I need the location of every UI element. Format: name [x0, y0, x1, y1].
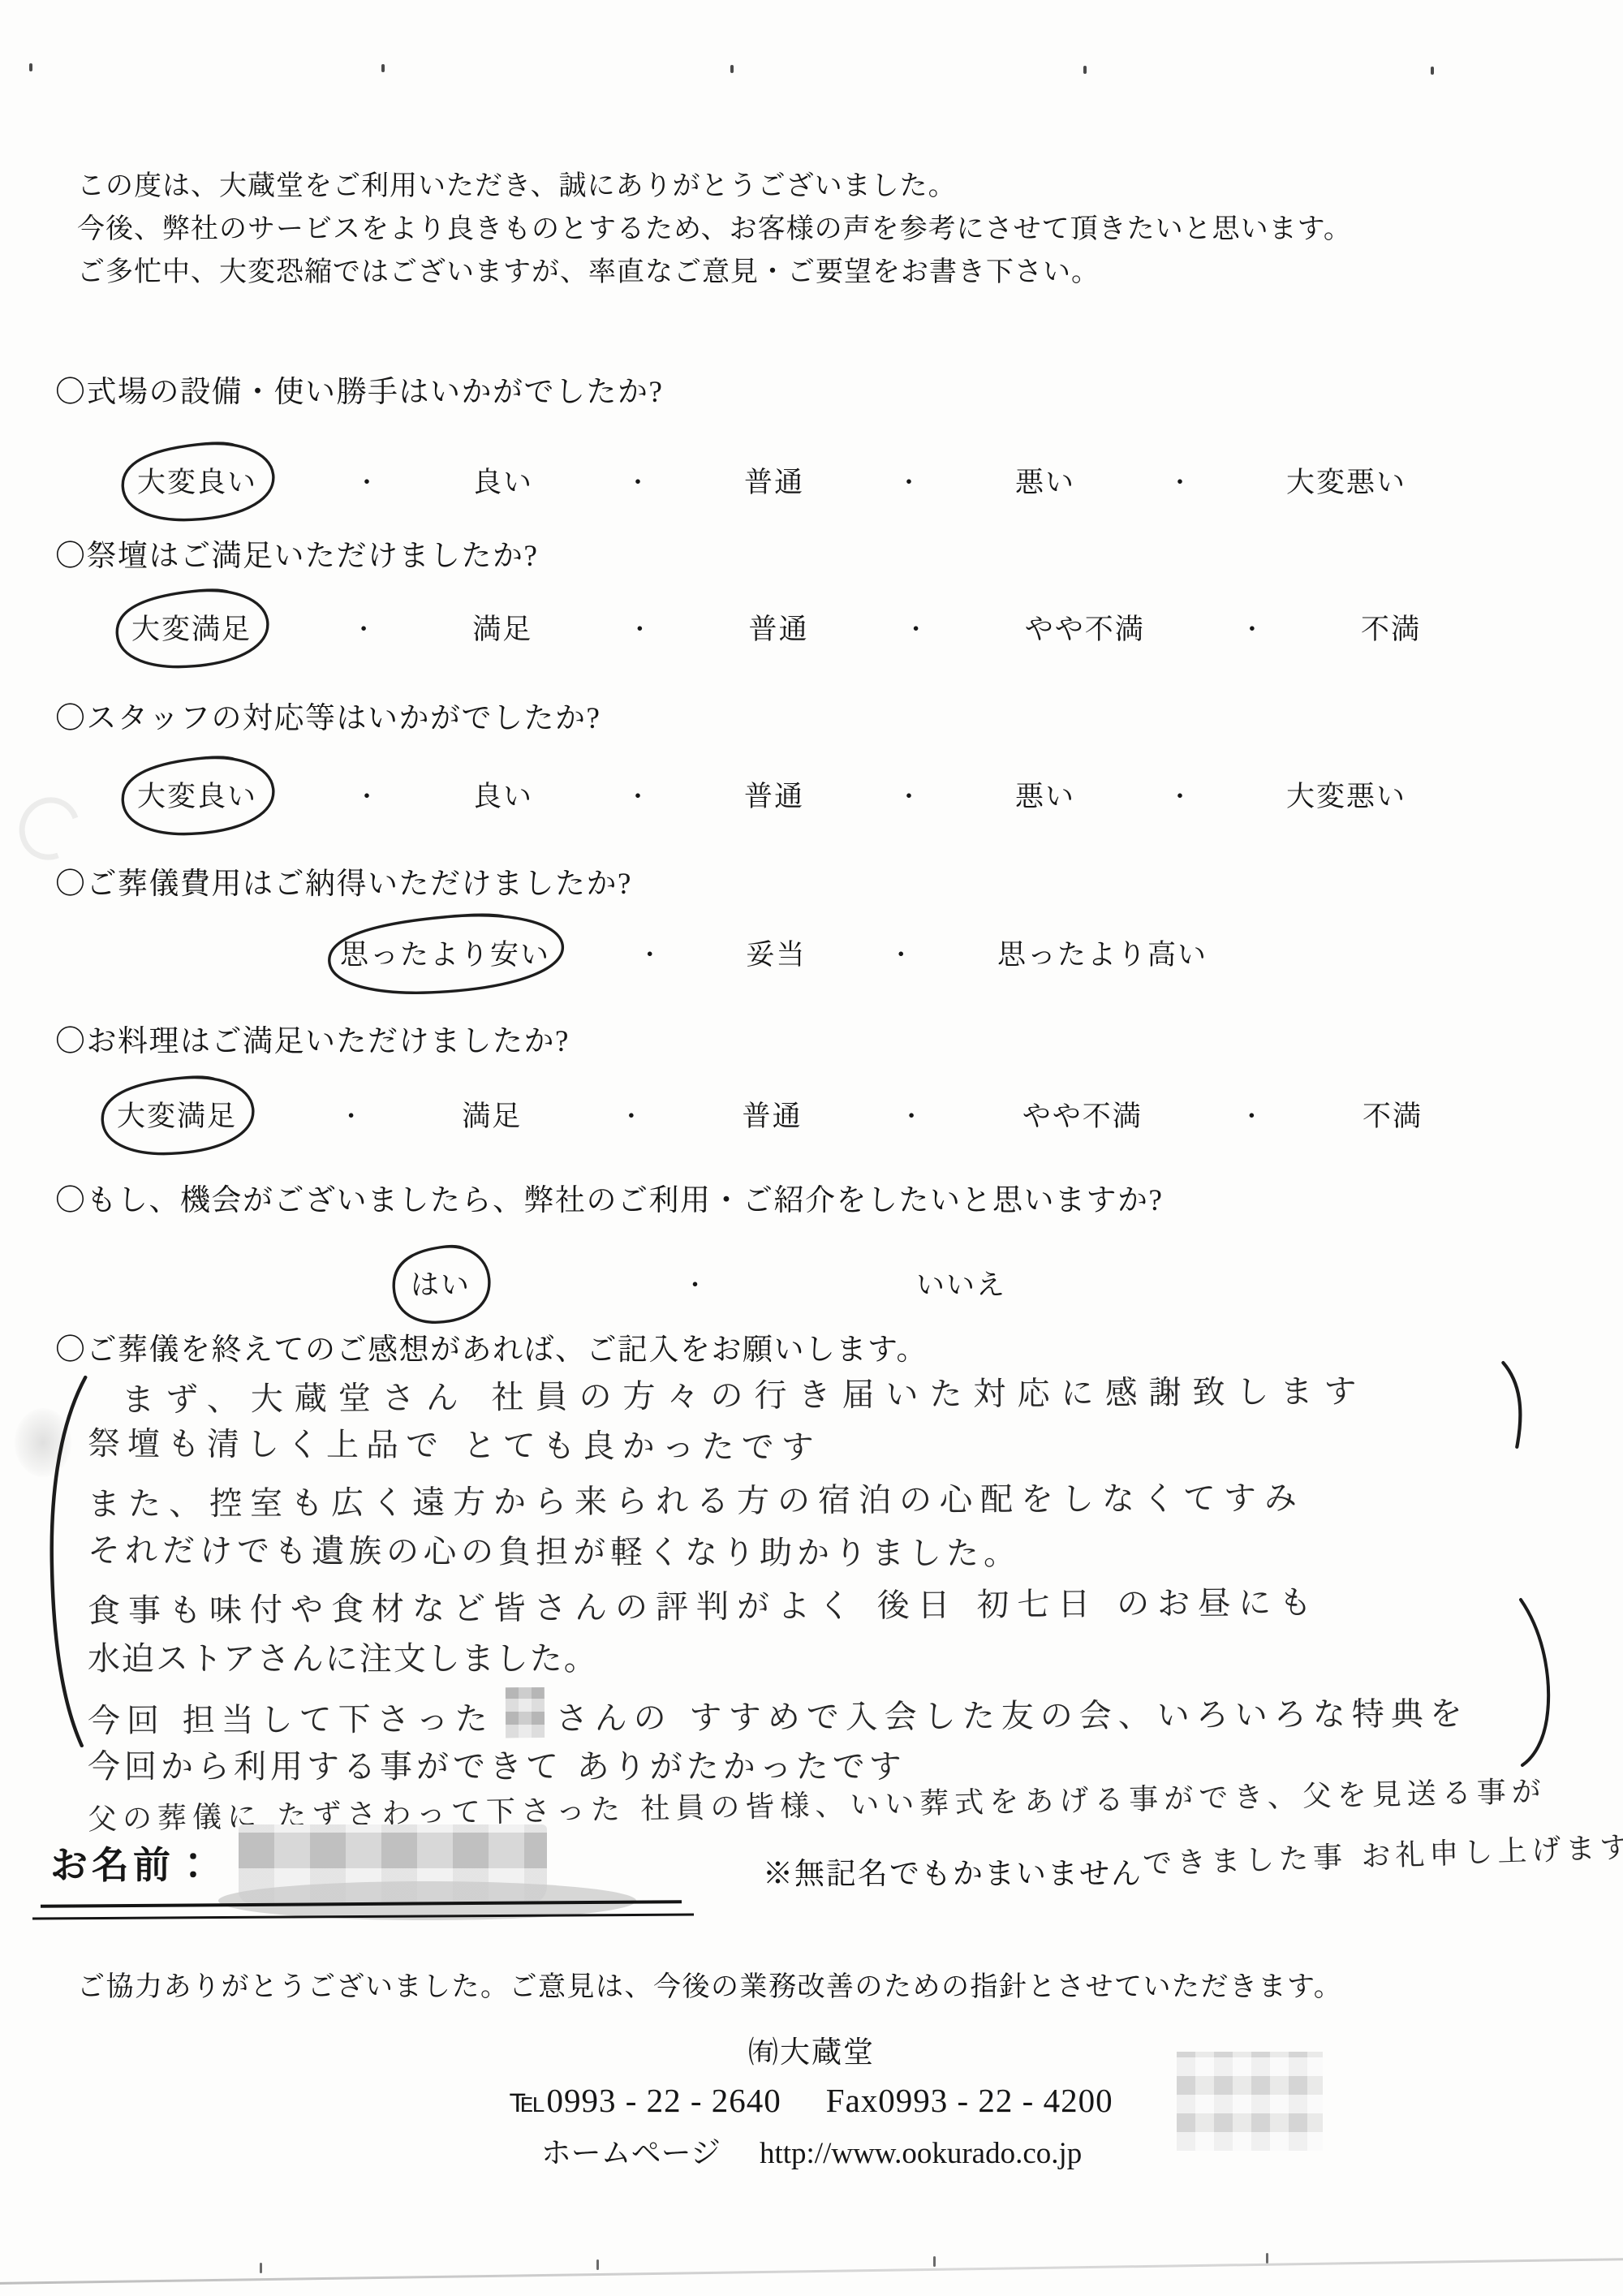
homepage-line: ホームページhttp://www.ookurado.co.jp	[0, 2128, 1623, 2172]
name-field-row: お名前： ※無記名でもかまいません	[50, 1836, 1560, 1949]
tel-number: ℡0993 - 22 - 2640	[510, 2082, 781, 2119]
option-label: いいえ	[916, 1269, 1006, 1301]
question-free-comments: 〇ご葬儀を終えてのご感想があれば、ご記入をお願いします。	[55, 1325, 1516, 1368]
anonymous-note: ※無記名でもかまいません	[763, 1849, 1143, 1893]
scan-speck	[1083, 66, 1087, 74]
option-separator-dot: ・	[626, 777, 652, 812]
footer: ㈲大蔵堂 ℡0993 - 22 - 2640Fax0993 - 22 - 420…	[0, 2027, 1623, 2172]
question-food-satisfaction: 〇お料理はご満足いただけましたか? 大変満足・満足・普通・やや不満・不満	[55, 1016, 1516, 1138]
question-title: 〇スタッフの対応等はいかがでしたか?	[55, 693, 1516, 737]
option-selected: 大変満足	[112, 1091, 242, 1138]
option-label: 不満	[1361, 614, 1421, 645]
question-options-row: 思ったより安い・妥当・思ったより高い	[335, 929, 1208, 976]
homepage-label: ホームページ	[541, 2137, 721, 2170]
redacted-stamp	[1177, 2052, 1323, 2151]
option-separator-dot: ・	[355, 463, 381, 498]
scan-speck	[1431, 67, 1434, 75]
option-separator-dot: ・	[899, 1096, 925, 1132]
question-title: 〇ご葬儀費用はご納得いただけましたか?	[55, 859, 1516, 902]
option-choice: 普通	[744, 774, 804, 815]
intro-paragraph: この度は、大蔵堂をご利用いただき、誠にありがとうございました。 今後、弊社のサー…	[77, 165, 1352, 294]
option-choice: 思ったより高い	[997, 933, 1208, 973]
question-title: 〇もし、機会がございましたら、弊社のご利用・ご紹介をしたいと思いますか?	[55, 1175, 1516, 1219]
company-name: ㈲大蔵堂	[0, 2027, 1623, 2071]
option-label: 妥当	[746, 939, 806, 971]
option-selected: 思ったより安い	[335, 929, 555, 976]
option-choice: 普通	[744, 460, 804, 501]
option-selected: 大変良い	[132, 771, 262, 818]
question-staff-response: 〇スタッフの対応等はいかがでしたか? 大変良い・良い・普通・悪い・大変悪い	[55, 693, 1516, 818]
option-choice: 満足	[462, 1094, 522, 1135]
option-separator-dot: ・	[897, 777, 923, 812]
option-choice: 悪い	[1015, 774, 1075, 815]
question-venue-facilities: 〇式場の設備・使い勝手はいかがでしたか? 大変良い・良い・普通・悪い・大変悪い	[55, 367, 1516, 504]
question-reuse-referral: 〇もし、機会がございましたら、弊社のご利用・ご紹介をしたいと思いますか? はい・…	[55, 1175, 1516, 1307]
option-choice: 不満	[1361, 607, 1421, 648]
option-label: 良い	[473, 467, 533, 498]
option-label: 普通	[742, 1101, 802, 1132]
scanned-survey-form: この度は、大蔵堂をご利用いただき、誠にありがとうございました。 今後、弊社のサー…	[0, 0, 1623, 2296]
redacted-person-name	[506, 1687, 545, 1738]
option-choice: やや不満	[1025, 607, 1145, 648]
option-separator-dot: ・	[619, 1096, 645, 1132]
option-selected: はい	[406, 1260, 476, 1307]
intro-line: ご多忙中、大変恐縮ではございますが、率直なご意見・ご要望をお書き下さい。	[77, 251, 1352, 294]
option-label: 思ったより高い	[997, 939, 1208, 971]
scan-speck	[596, 2259, 599, 2270]
option-separator-dot: ・	[683, 1265, 709, 1301]
redacted-name-value	[239, 1824, 547, 1904]
option-choice: 不満	[1363, 1094, 1423, 1135]
option-label: 満足	[472, 614, 532, 645]
scan-speck	[29, 63, 32, 71]
question-options-row: はい・いいえ	[406, 1260, 1006, 1307]
option-label: 普通	[744, 781, 804, 812]
option-separator-dot: ・	[1168, 777, 1194, 812]
handwritten-line: 食事も味付や食材など皆さんの評判がよく 後日 初七日 のお昼にも	[88, 1574, 1605, 1638]
scan-speck	[730, 65, 734, 73]
option-label: 悪い	[1015, 781, 1075, 812]
option-separator-dot: ・	[339, 1096, 365, 1132]
handwritten-text: さんの すすめで入会した友の会、いろいろな特典を	[556, 1695, 1469, 1738]
selection-circle-mark	[114, 749, 282, 842]
intro-line: この度は、大蔵堂をご利用いただき、誠にありがとうございました。	[77, 165, 1352, 208]
selection-circle-mark	[387, 1239, 495, 1329]
handdrawn-open-parenthesis	[45, 1374, 91, 1749]
option-choice: 普通	[748, 607, 808, 648]
option-separator-dot: ・	[889, 935, 915, 971]
option-separator-dot: ・	[638, 935, 664, 971]
selection-circle-mark	[114, 435, 282, 528]
option-choice: 普通	[742, 1094, 802, 1135]
question-title: 〇お料理はご満足いただけましたか?	[55, 1016, 1516, 1060]
option-choice: 大変悪い	[1286, 774, 1406, 815]
question-title: 〇祭壇はご満足いただけましたか?	[55, 531, 1516, 575]
handwritten-comment-section: まず、大蔵堂さん 社員の方々の行き届いた対応に感謝致します祭壇も清しく上品で と…	[88, 1369, 1605, 1883]
option-separator-dot: ・	[626, 463, 652, 498]
handwritten-line: 祭壇も清しく上品で とても良かったです	[88, 1418, 1605, 1479]
question-title: 〇式場の設備・使い勝手はいかがでしたか?	[55, 367, 1516, 411]
scan-speck	[260, 2263, 262, 2273]
handwritten-line: 水迫ストアさんに注文しました。	[88, 1633, 1605, 1686]
option-separator-dot: ・	[355, 777, 381, 812]
option-label: 普通	[748, 614, 808, 645]
handwritten-line: また、控室も広く遠方から来られる方の宿泊の心配をしなくてすみ	[88, 1471, 1605, 1531]
option-label: 不満	[1363, 1101, 1423, 1132]
option-separator-dot: ・	[1240, 610, 1266, 645]
question-altar-satisfaction: 〇祭壇はご満足いただけましたか? 大変満足・満足・普通・やや不満・不満	[55, 531, 1516, 651]
option-selected: 大変良い	[132, 457, 262, 504]
option-label: 大変悪い	[1286, 467, 1406, 498]
handwritten-line: 今回 担当して下さったさんの すすめで入会した友の会、いろいろな特典を	[88, 1682, 1605, 1748]
intro-line: 今後、弊社のサービスをより良きものとするため、お客様の声を参考にさせて頂きたいと…	[77, 208, 1352, 251]
option-label: やや不満	[1025, 614, 1145, 645]
question-options-row: 大変良い・良い・普通・悪い・大変悪い	[132, 457, 1406, 504]
handwritten-lines: まず、大蔵堂さん 社員の方々の行き届いた対応に感謝致します祭壇も清しく上品で と…	[88, 1369, 1605, 1883]
handwritten-line: それだけでも遺族の心の負担が軽くなり助かりました。	[88, 1525, 1605, 1583]
option-label: やや不満	[1022, 1101, 1143, 1132]
option-choice: 悪い	[1015, 460, 1075, 501]
option-choice: 妥当	[746, 933, 806, 973]
option-choice: 満足	[472, 607, 532, 648]
option-selected: 大変満足	[127, 604, 256, 651]
question-title: 〇ご葬儀を終えてのご感想があれば、ご記入をお願いします。	[55, 1325, 1516, 1368]
handwritten-line: まず、大蔵堂さん 社員の方々の行き届いた対応に感謝致します	[122, 1364, 1605, 1428]
handwritten-text: 今回 担当して下さった	[88, 1700, 494, 1740]
paper-edge-line	[0, 2258, 1623, 2285]
option-separator-dot: ・	[1168, 463, 1194, 498]
option-separator-dot: ・	[351, 610, 377, 645]
name-field-label: お名前：	[50, 1845, 216, 1886]
selection-circle-mark	[93, 1069, 261, 1161]
option-separator-dot: ・	[904, 610, 930, 645]
option-choice: やや不満	[1022, 1094, 1143, 1135]
scan-speck	[381, 64, 385, 72]
option-label: 悪い	[1015, 467, 1075, 498]
option-separator-dot: ・	[627, 610, 653, 645]
option-choice: 大変悪い	[1286, 460, 1406, 501]
selection-circle-mark	[316, 905, 575, 1002]
question-funeral-cost: 〇ご葬儀費用はご納得いただけましたか? 思ったより安い・妥当・思ったより高い	[55, 859, 1516, 976]
question-options-row: 大変満足・満足・普通・やや不満・不満	[127, 604, 1421, 651]
option-label: 大変悪い	[1286, 781, 1406, 812]
option-label: 満足	[462, 1101, 522, 1132]
option-label: 良い	[473, 781, 533, 812]
option-separator-dot: ・	[1239, 1096, 1265, 1132]
scan-speck	[933, 2256, 936, 2267]
option-label: 普通	[744, 467, 804, 498]
closing-sentence: ご協力ありがとうございました。ご意見は、今後の業務改善のための指針とさせていただ…	[77, 1964, 1342, 2004]
question-options-row: 大変良い・良い・普通・悪い・大変悪い	[132, 771, 1406, 818]
phone-fax-line: ℡0993 - 22 - 2640Fax0993 - 22 - 4200	[0, 2081, 1623, 2120]
question-options-row: 大変満足・満足・普通・やや不満・不満	[112, 1091, 1423, 1138]
option-choice: 良い	[473, 460, 533, 501]
homepage-url: http://www.ookurado.co.jp	[760, 2137, 1082, 2170]
scan-speck	[1266, 2253, 1268, 2264]
fax-number: Fax0993 - 22 - 4200	[826, 2082, 1113, 2119]
option-choice: 良い	[473, 774, 533, 815]
option-choice: いいえ	[916, 1263, 1006, 1303]
selection-circle-mark	[108, 582, 276, 674]
option-separator-dot: ・	[897, 463, 923, 498]
